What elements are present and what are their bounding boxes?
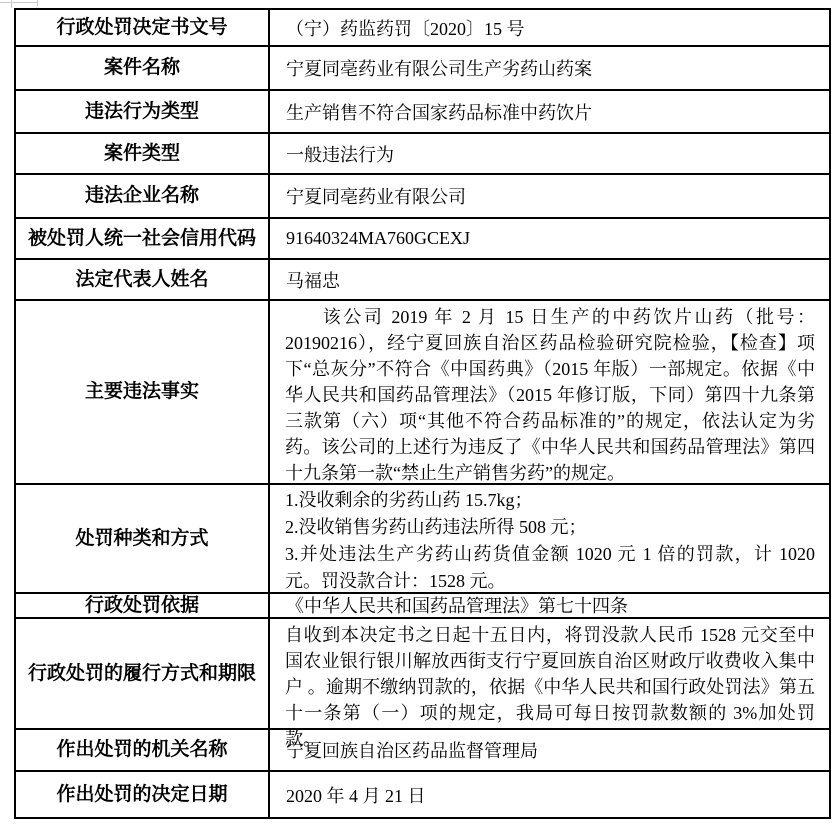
value-decision-date: 2020 年 4 月 21 日 [270, 772, 829, 817]
value-case-type: 一般违法行为 [270, 134, 829, 173]
label-main-facts: 主要违法事实 [16, 301, 270, 483]
value-case-name: 宁夏同亳药业有限公司生产劣药山药案 [270, 47, 829, 89]
table-row-penalty-basis: 行政处罚依据 《中华人民共和国药品管理法》第七十四条 [16, 594, 829, 619]
penalty-item-2: 2.没收销售劣药山药违法所得 508 元； [285, 514, 815, 541]
label-case-type: 案件类型 [16, 134, 270, 173]
value-credit-code: 91640324MA760GCEXJ [270, 219, 829, 258]
table-row-main-facts: 主要违法事实 该公司 2019 年 2 月 15 日生产的中药饮片山药（批号：2… [16, 301, 829, 485]
table-row-penalty-types: 处罚种类和方式 1.没收剩余的劣药山药 15.7kg； 2.没收销售劣药山药违法… [16, 485, 829, 594]
value-authority-name: 宁夏回族自治区药品监督管理局 [270, 730, 829, 770]
penalty-item-3: 3.并处违法生产劣药山药货值金额 1020 元 1 倍的罚款，计 1020 元。… [285, 541, 815, 595]
table-row-authority-name: 作出处罚的机关名称 宁夏回族自治区药品监督管理局 [16, 730, 829, 772]
table-row-penalty-execution: 行政处罚的履行方式和期限 自收到本决定书之日起十五日内，将罚没款人民币 1528… [16, 619, 829, 730]
label-case-name: 案件名称 [16, 47, 270, 89]
value-penalty-execution: 自收到本决定书之日起十五日内，将罚没款人民币 1528 元交至中国农业银行银川解… [270, 619, 829, 728]
value-company-name: 宁夏同亳药业有限公司 [270, 175, 829, 217]
value-penalty-types: 1.没收剩余的劣药山药 15.7kg； 2.没收销售劣药山药违法所得 508 元… [270, 485, 829, 592]
label-credit-code: 被处罚人统一社会信用代码 [16, 219, 270, 258]
table-row-decision-doc-number: 行政处罚决定书文号 （宁）药监药罚〔2020〕15 号 [16, 10, 829, 47]
penalty-decision-document: 行政处罚决定书文号 （宁）药监药罚〔2020〕15 号 案件名称 宁夏同亳药业有… [0, 0, 839, 827]
value-decision-doc-number: （宁）药监药罚〔2020〕15 号 [270, 10, 829, 45]
value-penalty-basis: 《中华人民共和国药品管理法》第七十四条 [270, 594, 829, 617]
table-row-case-name: 案件名称 宁夏同亳药业有限公司生产劣药山药案 [16, 47, 829, 91]
label-decision-date: 作出处罚的决定日期 [16, 772, 270, 817]
gridline-artifact-vertical-2 [37, 0, 38, 6]
table-row-violation-type: 违法行为类型 生产销售不符合国家药品标准中药饮片 [16, 91, 829, 134]
label-penalty-basis: 行政处罚依据 [16, 594, 270, 617]
label-legal-representative: 法定代表人姓名 [16, 260, 270, 299]
table-row-decision-date: 作出处罚的决定日期 2020 年 4 月 21 日 [16, 772, 829, 817]
penalty-item-1: 1.没收剩余的劣药山药 15.7kg； [285, 487, 815, 514]
gridline-artifact-horizontal [0, 2, 38, 3]
penalty-info-table: 行政处罚决定书文号 （宁）药监药罚〔2020〕15 号 案件名称 宁夏同亳药业有… [14, 8, 831, 819]
value-main-facts: 该公司 2019 年 2 月 15 日生产的中药饮片山药（批号：20190216… [270, 301, 829, 483]
label-company-name: 违法企业名称 [16, 175, 270, 217]
label-authority-name: 作出处罚的机关名称 [16, 730, 270, 770]
label-violation-type: 违法行为类型 [16, 91, 270, 132]
value-legal-representative: 马福忠 [270, 260, 829, 299]
label-decision-doc-number: 行政处罚决定书文号 [16, 10, 270, 45]
gridline-artifact-vertical-1 [11, 0, 12, 8]
label-penalty-types: 处罚种类和方式 [16, 485, 270, 592]
table-row-company-name: 违法企业名称 宁夏同亳药业有限公司 [16, 175, 829, 219]
label-penalty-execution: 行政处罚的履行方式和期限 [16, 619, 270, 728]
table-row-case-type: 案件类型 一般违法行为 [16, 134, 829, 175]
value-violation-type: 生产销售不符合国家药品标准中药饮片 [270, 91, 829, 132]
table-row-legal-representative: 法定代表人姓名 马福忠 [16, 260, 829, 301]
table-row-credit-code: 被处罚人统一社会信用代码 91640324MA760GCEXJ [16, 219, 829, 260]
